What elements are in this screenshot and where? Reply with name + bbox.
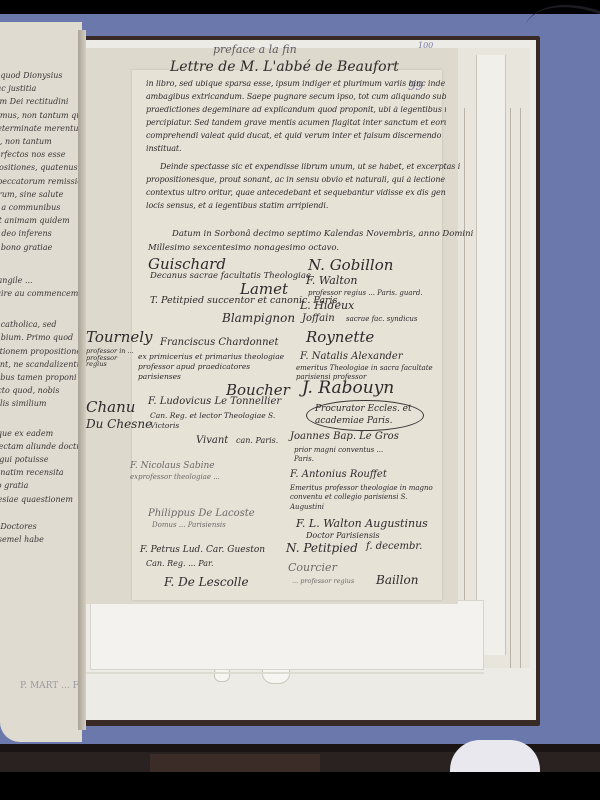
left-page-line: ... delecto quod, nobis — [0, 387, 59, 395]
body-text-line: comprehendi valeat quid ducat, et quid v… — [146, 132, 441, 140]
signature-de-lacoste: Philippus De Lacoste — [148, 509, 255, 519]
dateline-2: Millesimo sexcentesimo nonagesimo octavo… — [148, 244, 339, 253]
left-page-line: ... ac determinate merentur — [0, 125, 82, 133]
pencil-note: preface a la fin — [213, 44, 297, 55]
signature-roynette: Roynette — [306, 330, 374, 345]
body-text-line: Deinde spectasse sic et expendisse libru… — [160, 163, 460, 171]
signature-joffain: Joffain — [302, 314, 335, 324]
left-page-line: ... nominatim recensita — [0, 469, 64, 477]
left-page-line: ... suspectam aliunde doctrinam — [0, 443, 82, 451]
left-page-line: ... debemus, non tantum quia — [0, 112, 82, 120]
left-page-line: ... dunt a communibus — [0, 204, 60, 212]
left-page-line: ... erant animam quidem — [0, 217, 70, 225]
body-text-line: contextus ultro oritur, quae antecedeban… — [146, 189, 446, 197]
left-page-line: ... quin catholica, sed — [0, 321, 57, 329]
signature-tournely: Tournely — [86, 330, 153, 345]
signature-gueston: F. Petrus Lud. Car. Gueston — [140, 546, 265, 555]
left-page-line: ... esse quod Dionysius — [0, 72, 63, 80]
signature-walton-augustinus-title: Doctor Parisiensis — [306, 532, 380, 540]
floor-tile — [150, 754, 320, 772]
signature-natalis: F. Natalis Alexander — [300, 352, 403, 362]
left-page-line: ... et perfectos nos esse — [0, 151, 66, 159]
left-page-line: de l'Evangile ... — [0, 277, 33, 285]
signature-joffain-title: sacrae fac. syndicus — [346, 316, 418, 323]
bottom-black-bar — [0, 772, 600, 800]
signature-courcier: Courcier — [288, 562, 337, 573]
left-page-line: ... non semel habe — [0, 536, 44, 544]
dateline-1: Datum in Sorbonâ decimo septimo Kalendas… — [172, 230, 473, 239]
left-page-line: ... sacri, non tantum — [0, 138, 52, 146]
top-black-bar — [0, 0, 600, 14]
body-text-line: locis sensus, et a legentibus statim arr… — [146, 202, 328, 210]
left-page-line: ... Dunque ex eadem — [0, 430, 53, 438]
body-text-line: instituat. — [146, 145, 182, 153]
left-page-line: ... ut in deo inferens — [0, 230, 52, 238]
signature-rouffet-title: Emeritus professor theologiae in magno c… — [290, 484, 440, 512]
signature-walton: F. Walton — [306, 275, 357, 286]
signature-le-tonnellier: F. Ludovicus Le Tonnellier — [148, 397, 281, 407]
left-page-line: ... et in bono gratiae — [0, 244, 52, 252]
signature-chanu: Chanu — [86, 400, 135, 415]
book-gutter — [78, 30, 86, 730]
signature-le-gros-title: prior magni conventus ... Paris. — [294, 446, 404, 464]
folio-number: 100 — [418, 42, 433, 50]
signature-walton-title: professor regius ... Paris. guard. — [308, 290, 423, 297]
signature-guischard: Guischard — [148, 257, 226, 272]
signature-le-gros: Joannes Bap. Le Gros — [290, 432, 399, 442]
white-cloth — [450, 740, 540, 774]
signature-petitpied-date: f. decembr. — [366, 542, 422, 552]
left-page-line: ... nimirum, sine salute — [0, 191, 63, 199]
left-page-line: ... et argui potuisse — [0, 456, 48, 464]
signature-de-lacoste-title: Domus ... Parisiensis — [152, 522, 226, 529]
body-text-line: propositionesque, prout sonant, ac in se… — [146, 176, 445, 184]
signature-sabine-title: exprofessor theologiae ... — [130, 474, 220, 481]
left-page: ... esse quod Dionysius... Dei ac justit… — [0, 22, 82, 742]
signature-sabine: F. Nicolaus Sabine — [130, 462, 215, 471]
signature-du-chesne: Du Chesne — [86, 418, 152, 430]
left-page-line: ... traditionem propositiones — [0, 348, 82, 356]
signature-petitpied-n: N. Petitpied — [286, 542, 358, 554]
signature-walton-augustinus: F. L. Walton Augustinus — [296, 518, 428, 529]
left-page-line: ... sunt Doctores — [0, 523, 37, 531]
page-title: Lettre de M. L'abbé de Beaufort — [170, 60, 399, 74]
left-page-line: l'ordinaire au commencement — [0, 290, 82, 298]
signature-courcier-title: ... professor regius — [292, 578, 354, 585]
lower-sheet — [90, 600, 484, 670]
signature-de-lescolle: F. De Lescolle — [164, 576, 249, 588]
left-page-line: ... debent, ne scandalizentur — [0, 361, 82, 369]
body-text-line: percipiatur. Sed tandem grave mentis acu… — [146, 119, 446, 127]
signature-gobillon: N. Gobillon — [308, 258, 393, 273]
left-page-line: ... eadem Dei rectitudini — [0, 98, 68, 106]
signature-gueston-title: Can. Reg. ... Par. — [146, 560, 214, 568]
left-page-line: ... in dubium. Primo quod — [0, 334, 73, 342]
signature-baillon: Baillon — [376, 574, 418, 586]
left-page-line: ... omnibus tamen proponi — [0, 374, 77, 382]
signature-chardonnet: Franciscus Chardonnet — [160, 338, 278, 348]
body-text-line: ambagibus extricandum. Saepe pugnare sec… — [146, 93, 446, 101]
left-page-line: ... propositiones, quatenus — [0, 164, 78, 172]
left-page-line: ... nec peccatorum remissio — [0, 178, 82, 186]
signature-vivant: Vivant — [196, 436, 228, 446]
signature-hideux: L. Hideux — [300, 300, 354, 311]
signature-tournely-title: professor in ... professor regius — [86, 348, 136, 368]
signature-chardonnet-title: ex primicerius et primarius theologiae p… — [138, 352, 288, 381]
left-page-stamp: P. MART ... FRAN — [20, 682, 82, 691]
signature-rabouyn: J. Rabouyn — [302, 380, 394, 397]
left-page-line: ... Dei ac justitia — [0, 85, 36, 93]
body-text-line: in libro, sed ubique sparsa esse, ipsum … — [146, 80, 446, 88]
left-page-line: ... Ecclesiae quaestionem — [0, 496, 73, 504]
left-page-line: ... lapso gratia — [0, 482, 28, 490]
left-page-line: ... ut solis similium — [0, 400, 46, 408]
tab-strip — [476, 55, 506, 655]
signature-le-tonnellier-title: Can. Reg. et lector Theologiae S. Victor… — [150, 411, 280, 431]
signature-rouffet: F. Antonius Rouffet — [290, 470, 387, 480]
body-text-line: praedictiones degeminare ad explicandum … — [146, 106, 446, 114]
signature-blampignon: Blampignon — [222, 312, 295, 324]
signature-vivant-title: can. Paris. — [236, 437, 278, 445]
